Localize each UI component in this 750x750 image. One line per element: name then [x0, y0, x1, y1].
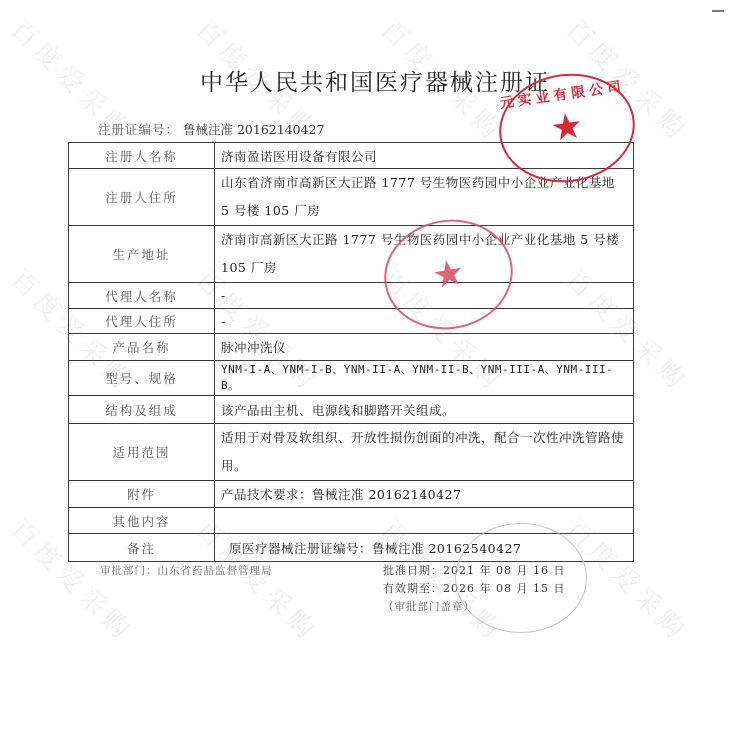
table-row: 产品名称 脉冲冲洗仪: [69, 334, 634, 361]
row-label: 备注: [69, 534, 215, 562]
row-label: 型号、规格: [69, 361, 215, 396]
table-row: 适用范围 适用于对骨及软组织、开放性损伤创面的冲洗，配合一次性冲洗管路使用。: [69, 424, 634, 481]
row-label: 代理人住所: [69, 309, 215, 334]
valid-until-date: 有效期至：2026 年 08 月 15 日: [383, 580, 565, 598]
row-value: -: [215, 283, 634, 309]
row-label: 其他内容: [69, 508, 215, 534]
registration-number-label: 注册证编号：: [98, 122, 179, 137]
row-label: 产品名称: [69, 334, 215, 361]
approval-dates: 批准日期：2021 年 08 月 16 日 有效期至：2026 年 08 月 1…: [383, 562, 565, 616]
approval-department: 审批部门：山东省药品监督管理局: [100, 563, 273, 578]
row-value: 适用于对骨及软组织、开放性损伤创面的冲洗，配合一次性冲洗管路使用。: [215, 424, 634, 481]
document-title: 中华人民共和国医疗器械注册证: [0, 64, 750, 97]
row-value: 山东省济南市高新区大正路 1777 号生物医药园中小企业产业化基地 5 号楼 1…: [215, 169, 634, 226]
table-row: 型号、规格 YNM-I-A、YNM-I-B、YNM-II-A、YNM-II-B、…: [69, 361, 634, 396]
row-label: 附件: [69, 481, 215, 508]
certificate-page: 百度爱采购 百度爱采购 百度爱采购 百度爱采购 百度爱采购 百度爱采购 百度爱采…: [0, 0, 750, 750]
table-row: 其他内容: [69, 508, 634, 534]
approval-date: 批准日期：2021 年 08 月 16 日: [383, 562, 565, 580]
table-row: 生产地址 济南市高新区大正路 1777 号生物医药园中小企业产业化基地 5 号楼…: [69, 226, 634, 283]
table-row: 代理人住所 -: [69, 309, 634, 334]
row-label: 结构及组成: [69, 396, 215, 424]
row-label: 注册人名称: [69, 143, 215, 169]
table-row: 注册人住所 山东省济南市高新区大正路 1777 号生物医药园中小企业产业化基地 …: [69, 169, 634, 226]
row-label: 生产地址: [69, 226, 215, 283]
table-row: 备注 原医疗器械注册证编号：鲁械注准 20162540427: [69, 534, 634, 562]
row-value: 该产品由主机、电源线和脚踏开关组成。: [215, 396, 634, 424]
row-value: 原医疗器械注册证编号：鲁械注准 20162540427: [215, 534, 634, 562]
row-label: 注册人住所: [69, 169, 215, 226]
registration-number: 注册证编号： 鲁械注准 20162140427: [98, 120, 324, 138]
table-row: 附件 产品技术要求：鲁械注准 20162140427: [69, 481, 634, 508]
row-value: -: [215, 309, 634, 334]
certificate-table: 注册人名称 济南盈诺医用设备有限公司 注册人住所 山东省济南市高新区大正路 17…: [68, 142, 634, 562]
row-label: 适用范围: [69, 424, 215, 481]
scan-mark: [712, 10, 724, 12]
table-row: 注册人名称 济南盈诺医用设备有限公司: [69, 143, 634, 169]
row-value: YNM-I-A、YNM-I-B、YNM-II-A、YNM-II-B、YNM-II…: [215, 361, 634, 396]
row-value: 济南市高新区大正路 1777 号生物医药园中小企业产业化基地 5 号楼 105 …: [215, 226, 634, 283]
table-row: 代理人名称 -: [69, 283, 634, 309]
row-value: 济南盈诺医用设备有限公司: [215, 143, 634, 169]
row-value: [215, 508, 634, 534]
table-row: 结构及组成 该产品由主机、电源线和脚踏开关组成。: [69, 396, 634, 424]
row-value: 产品技术要求：鲁械注准 20162140427: [215, 481, 634, 508]
row-value: 脉冲冲洗仪: [215, 334, 634, 361]
seal-note: （审批部门盖章）: [383, 598, 565, 616]
registration-number-value: 鲁械注准 20162140427: [183, 122, 324, 137]
row-label: 代理人名称: [69, 283, 215, 309]
